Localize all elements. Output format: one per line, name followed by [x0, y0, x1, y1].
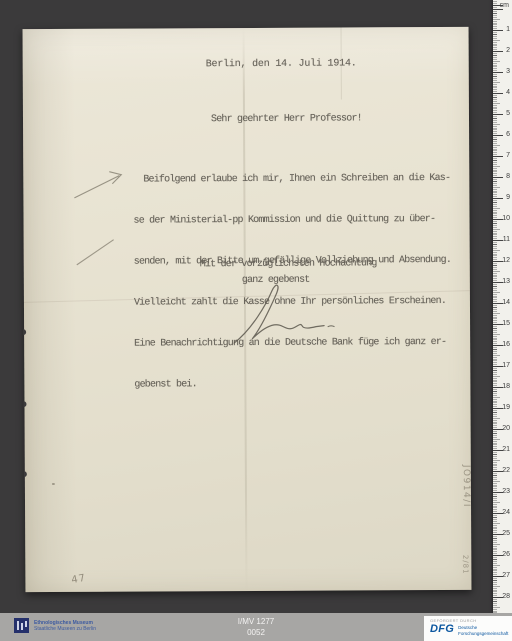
- ruler-number: 11: [501, 229, 510, 250]
- pencil-inventory-mark: JO914/I: [461, 465, 471, 508]
- dfg-name-line2: Forschungsgemeinschaft: [458, 631, 508, 637]
- ruler-number-scale: 1234567891011121314151617181920212223242…: [501, 19, 510, 607]
- ruler-number: 3: [501, 61, 510, 82]
- ruler-number: 23: [501, 481, 510, 502]
- footer-bar: Ethnologisches Museum Staatliche Museen …: [0, 613, 512, 641]
- scan-viewer: Berlin, den 14. Juli 1914. Sehr geehrter…: [0, 0, 512, 641]
- ruler-number: 18: [501, 376, 510, 397]
- ruler-number: 1: [501, 19, 510, 40]
- ruler-number: 7: [501, 145, 510, 166]
- dfg-name: Deutsche Forschungsgemeinschaft: [458, 624, 508, 636]
- ruler-number: 27: [501, 565, 510, 586]
- ruler-number: 25: [501, 523, 510, 544]
- ruler-number: 10: [501, 208, 510, 229]
- ruler-number: 24: [501, 502, 510, 523]
- ruler-number: 8: [501, 166, 510, 187]
- letter-page: Berlin, den 14. Juli 1914. Sehr geehrter…: [23, 27, 472, 592]
- ruler-number: 14: [501, 292, 510, 313]
- cm-ruler: cm 1234567891011121314151617181920212223…: [493, 0, 512, 613]
- ruler-number: 17: [501, 355, 510, 376]
- dfg-logo: DFG: [430, 624, 454, 635]
- ruler-number: 9: [501, 187, 510, 208]
- ruler-number: 19: [501, 397, 510, 418]
- ruler-unit-label: cm: [500, 2, 509, 9]
- ruler-number: 2: [501, 40, 510, 61]
- ruler-number: 22: [501, 460, 510, 481]
- ruler-number: 20: [501, 418, 510, 439]
- ruler-number: 12: [501, 250, 510, 271]
- ruler-number: 4: [501, 82, 510, 103]
- ruler-number: 6: [501, 124, 510, 145]
- ruler-number: 15: [501, 313, 510, 334]
- ruler-number: 21: [501, 439, 510, 460]
- ruler-number: 16: [501, 334, 510, 355]
- ruler-number: 26: [501, 544, 510, 565]
- ruler-number: 28: [501, 586, 510, 607]
- pencil-margin-strokes: [23, 27, 472, 592]
- funding-attribution: GEFÖRDERT DURCH DFG Deutsche Forschungsg…: [424, 616, 512, 641]
- pencil-mark-small: 2/81: [461, 555, 469, 575]
- ruler-number: 5: [501, 103, 510, 124]
- ruler-number: 13: [501, 271, 510, 292]
